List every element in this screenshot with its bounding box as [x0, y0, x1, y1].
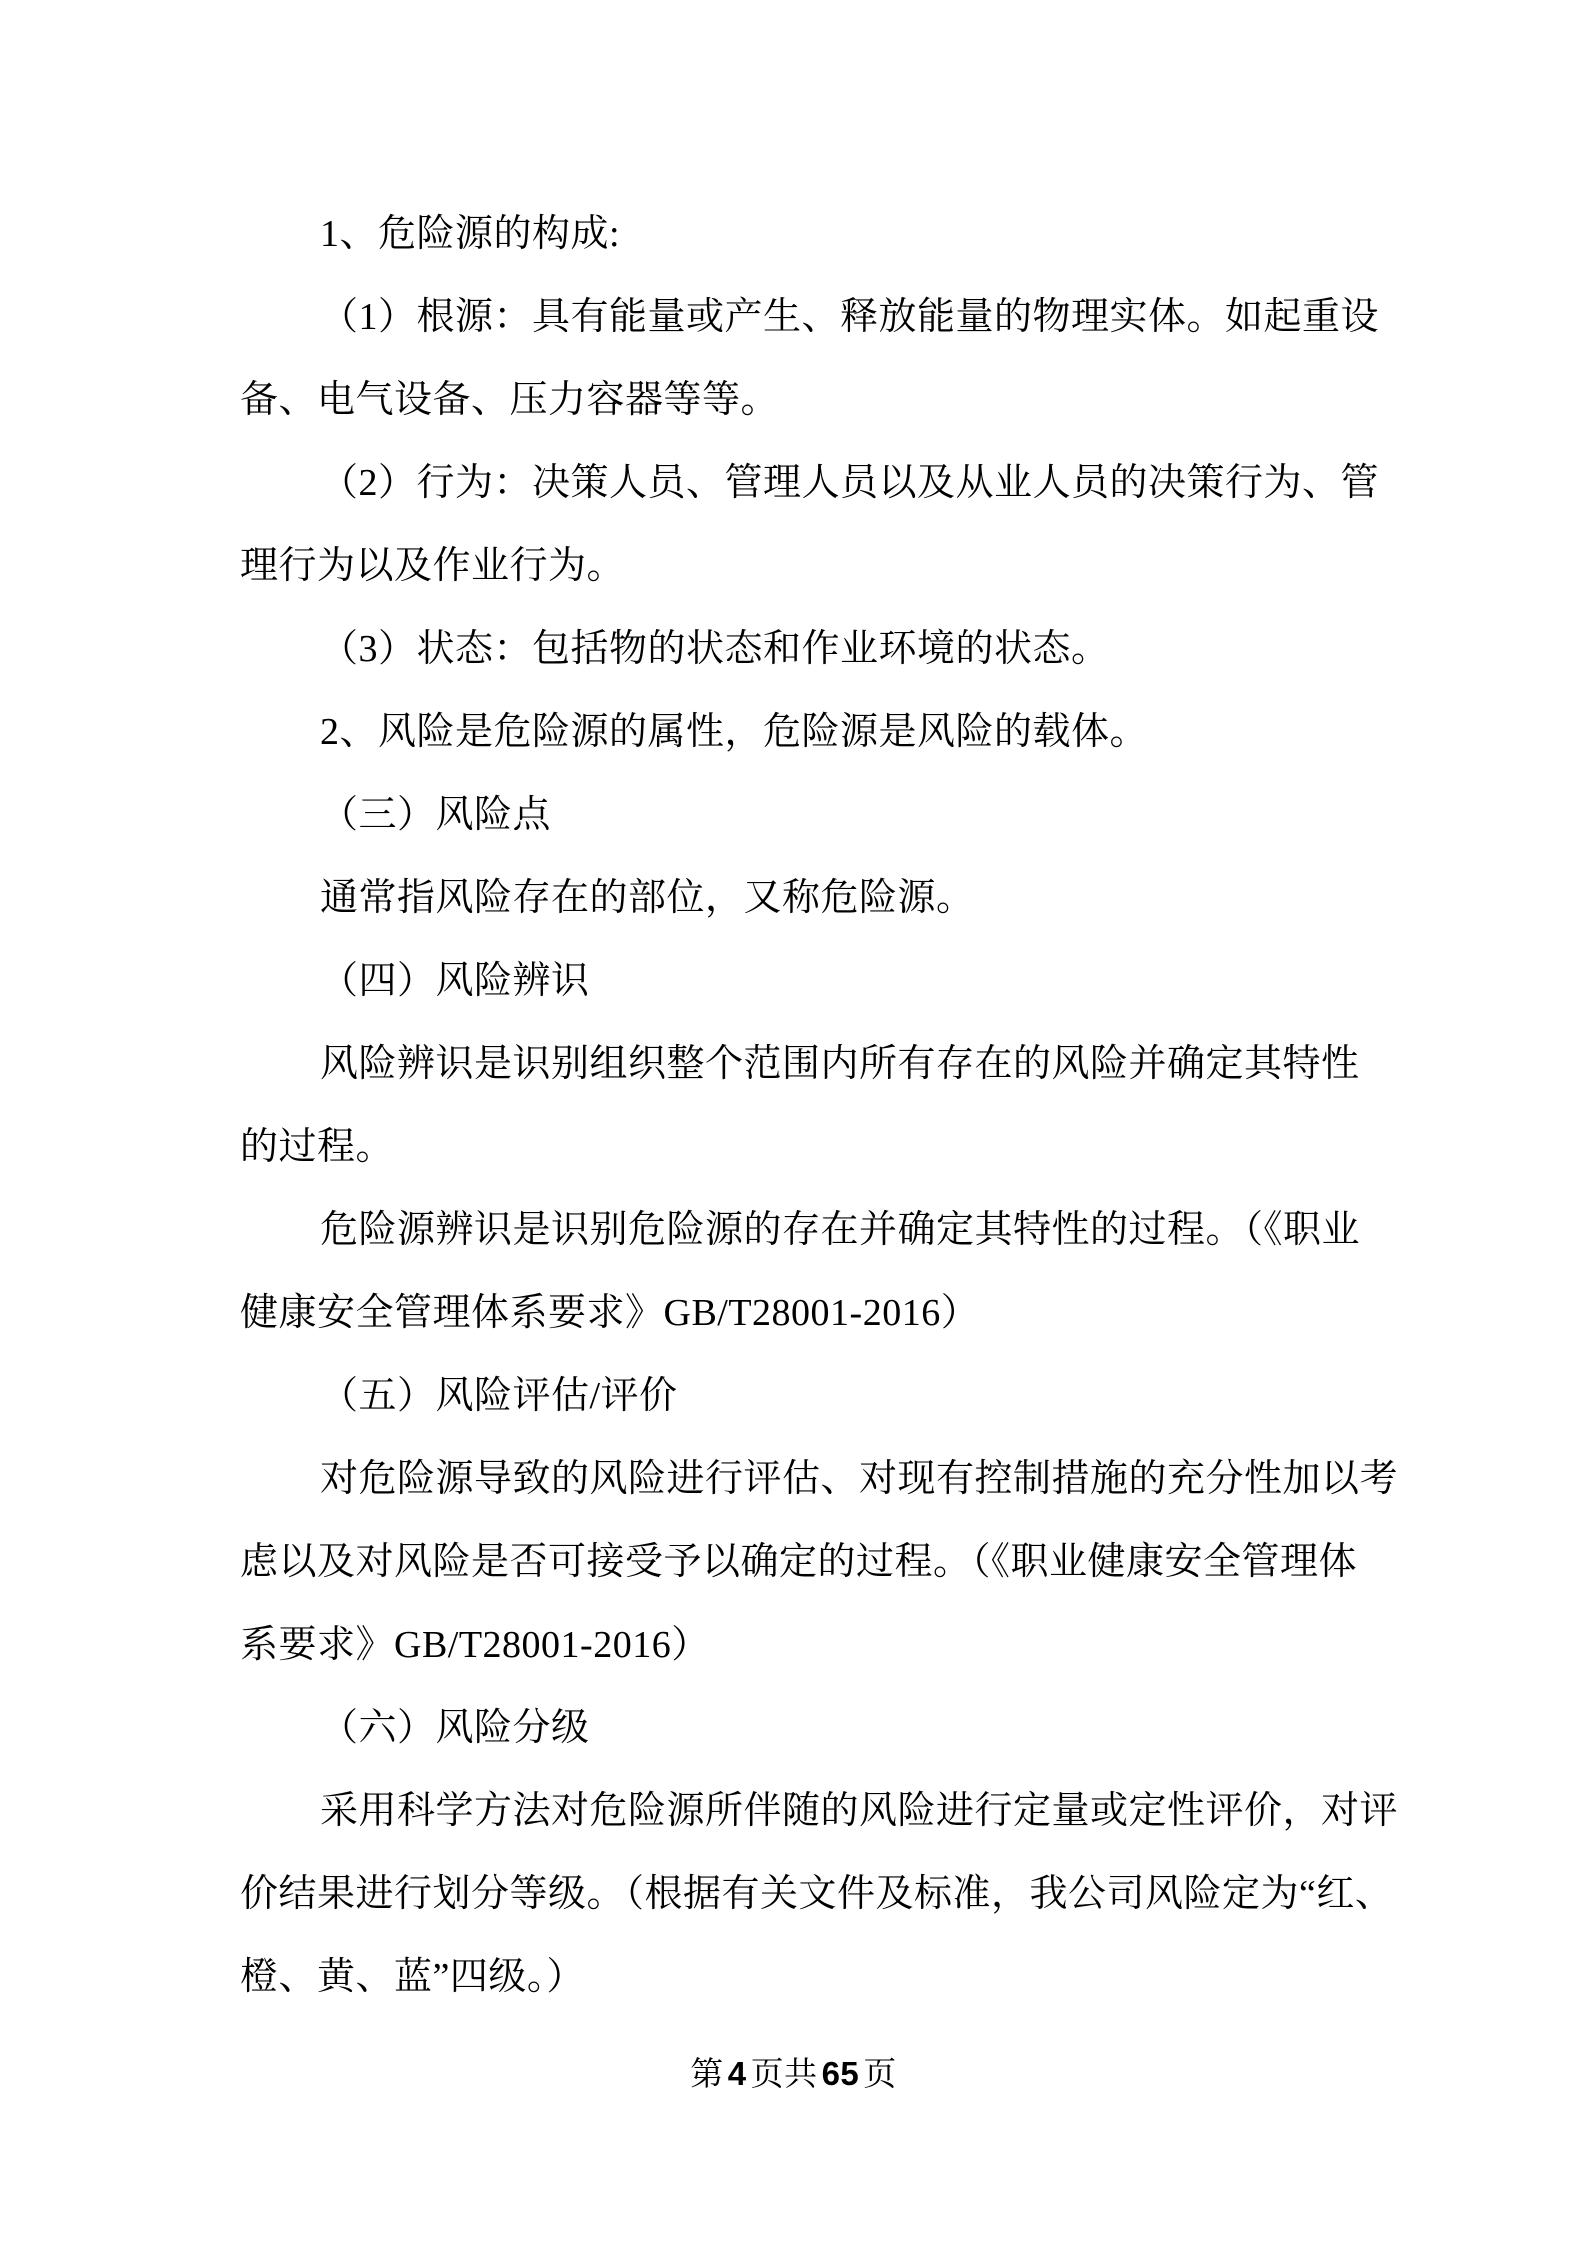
text-line: 的过程。 [240, 1106, 1355, 1189]
text-line: 风险辨识是识别组织整个范围内所有存在的风险并确定其特性 [240, 1023, 1355, 1106]
text-line: （六）风险分级 [240, 1687, 1355, 1770]
text-line: （五）风险评估/评价 [240, 1355, 1355, 1438]
text-line: （四）风险辨识 [240, 940, 1355, 1023]
footer-text: 页共 [751, 2057, 818, 2093]
text-line: 通常指风险存在的部位，又称危险源。 [240, 857, 1355, 940]
text-line: 采用科学方法对危险源所伴随的风险进行定量或定性评价，对评 [240, 1770, 1355, 1853]
text-line: （3）状态：包括物的状态和作业环境的状态。 [240, 608, 1355, 691]
text-line: 理行为以及作业行为。 [240, 525, 1355, 608]
text-line: 虑以及对风险是否可接受予以确定的过程。（《职业健康安全管理体 [240, 1521, 1355, 1604]
text-line: 橙、黄、蓝”四级。） [240, 1936, 1355, 2019]
footer-text: 4 [728, 2055, 747, 2092]
footer-text: 65 [822, 2055, 860, 2092]
text-line: 危险源辨识是识别危险源的存在并确定其特性的过程。（《职业 [240, 1189, 1355, 1272]
text-line: 价结果进行划分等级。（根据有关文件及标准，我公司风险定为“红、 [240, 1853, 1355, 1936]
footer-text: 第 [690, 2057, 724, 2093]
text-line: 1、危险源的构成: [240, 193, 1355, 276]
text-line: （1）根源：具有能量或产生、释放能量的物理实体。如起重设 [240, 276, 1355, 359]
footer-text: 页 [863, 2057, 897, 2093]
text-line: （三）风险点 [240, 774, 1355, 857]
page-footer: 第4页共65页 [0, 2052, 1587, 2097]
document-body: 1、危险源的构成:（1）根源：具有能量或产生、释放能量的物理实体。如起重设备、电… [240, 193, 1355, 2019]
document-page: 1、危险源的构成:（1）根源：具有能量或产生、释放能量的物理实体。如起重设备、电… [0, 0, 1587, 2245]
text-line: （2）行为：决策人员、管理人员以及从业人员的决策行为、管 [240, 442, 1355, 525]
text-line: 对危险源导致的风险进行评估、对现有控制措施的充分性加以考 [240, 1438, 1355, 1521]
text-line: 健康安全管理体系要求》GB/T28001-2016） [240, 1272, 1355, 1355]
text-line: 2、风险是危险源的属性，危险源是风险的载体。 [240, 691, 1355, 774]
text-line: 系要求》GB/T28001-2016） [240, 1604, 1355, 1687]
text-line: 备、电气设备、压力容器等等。 [240, 359, 1355, 442]
